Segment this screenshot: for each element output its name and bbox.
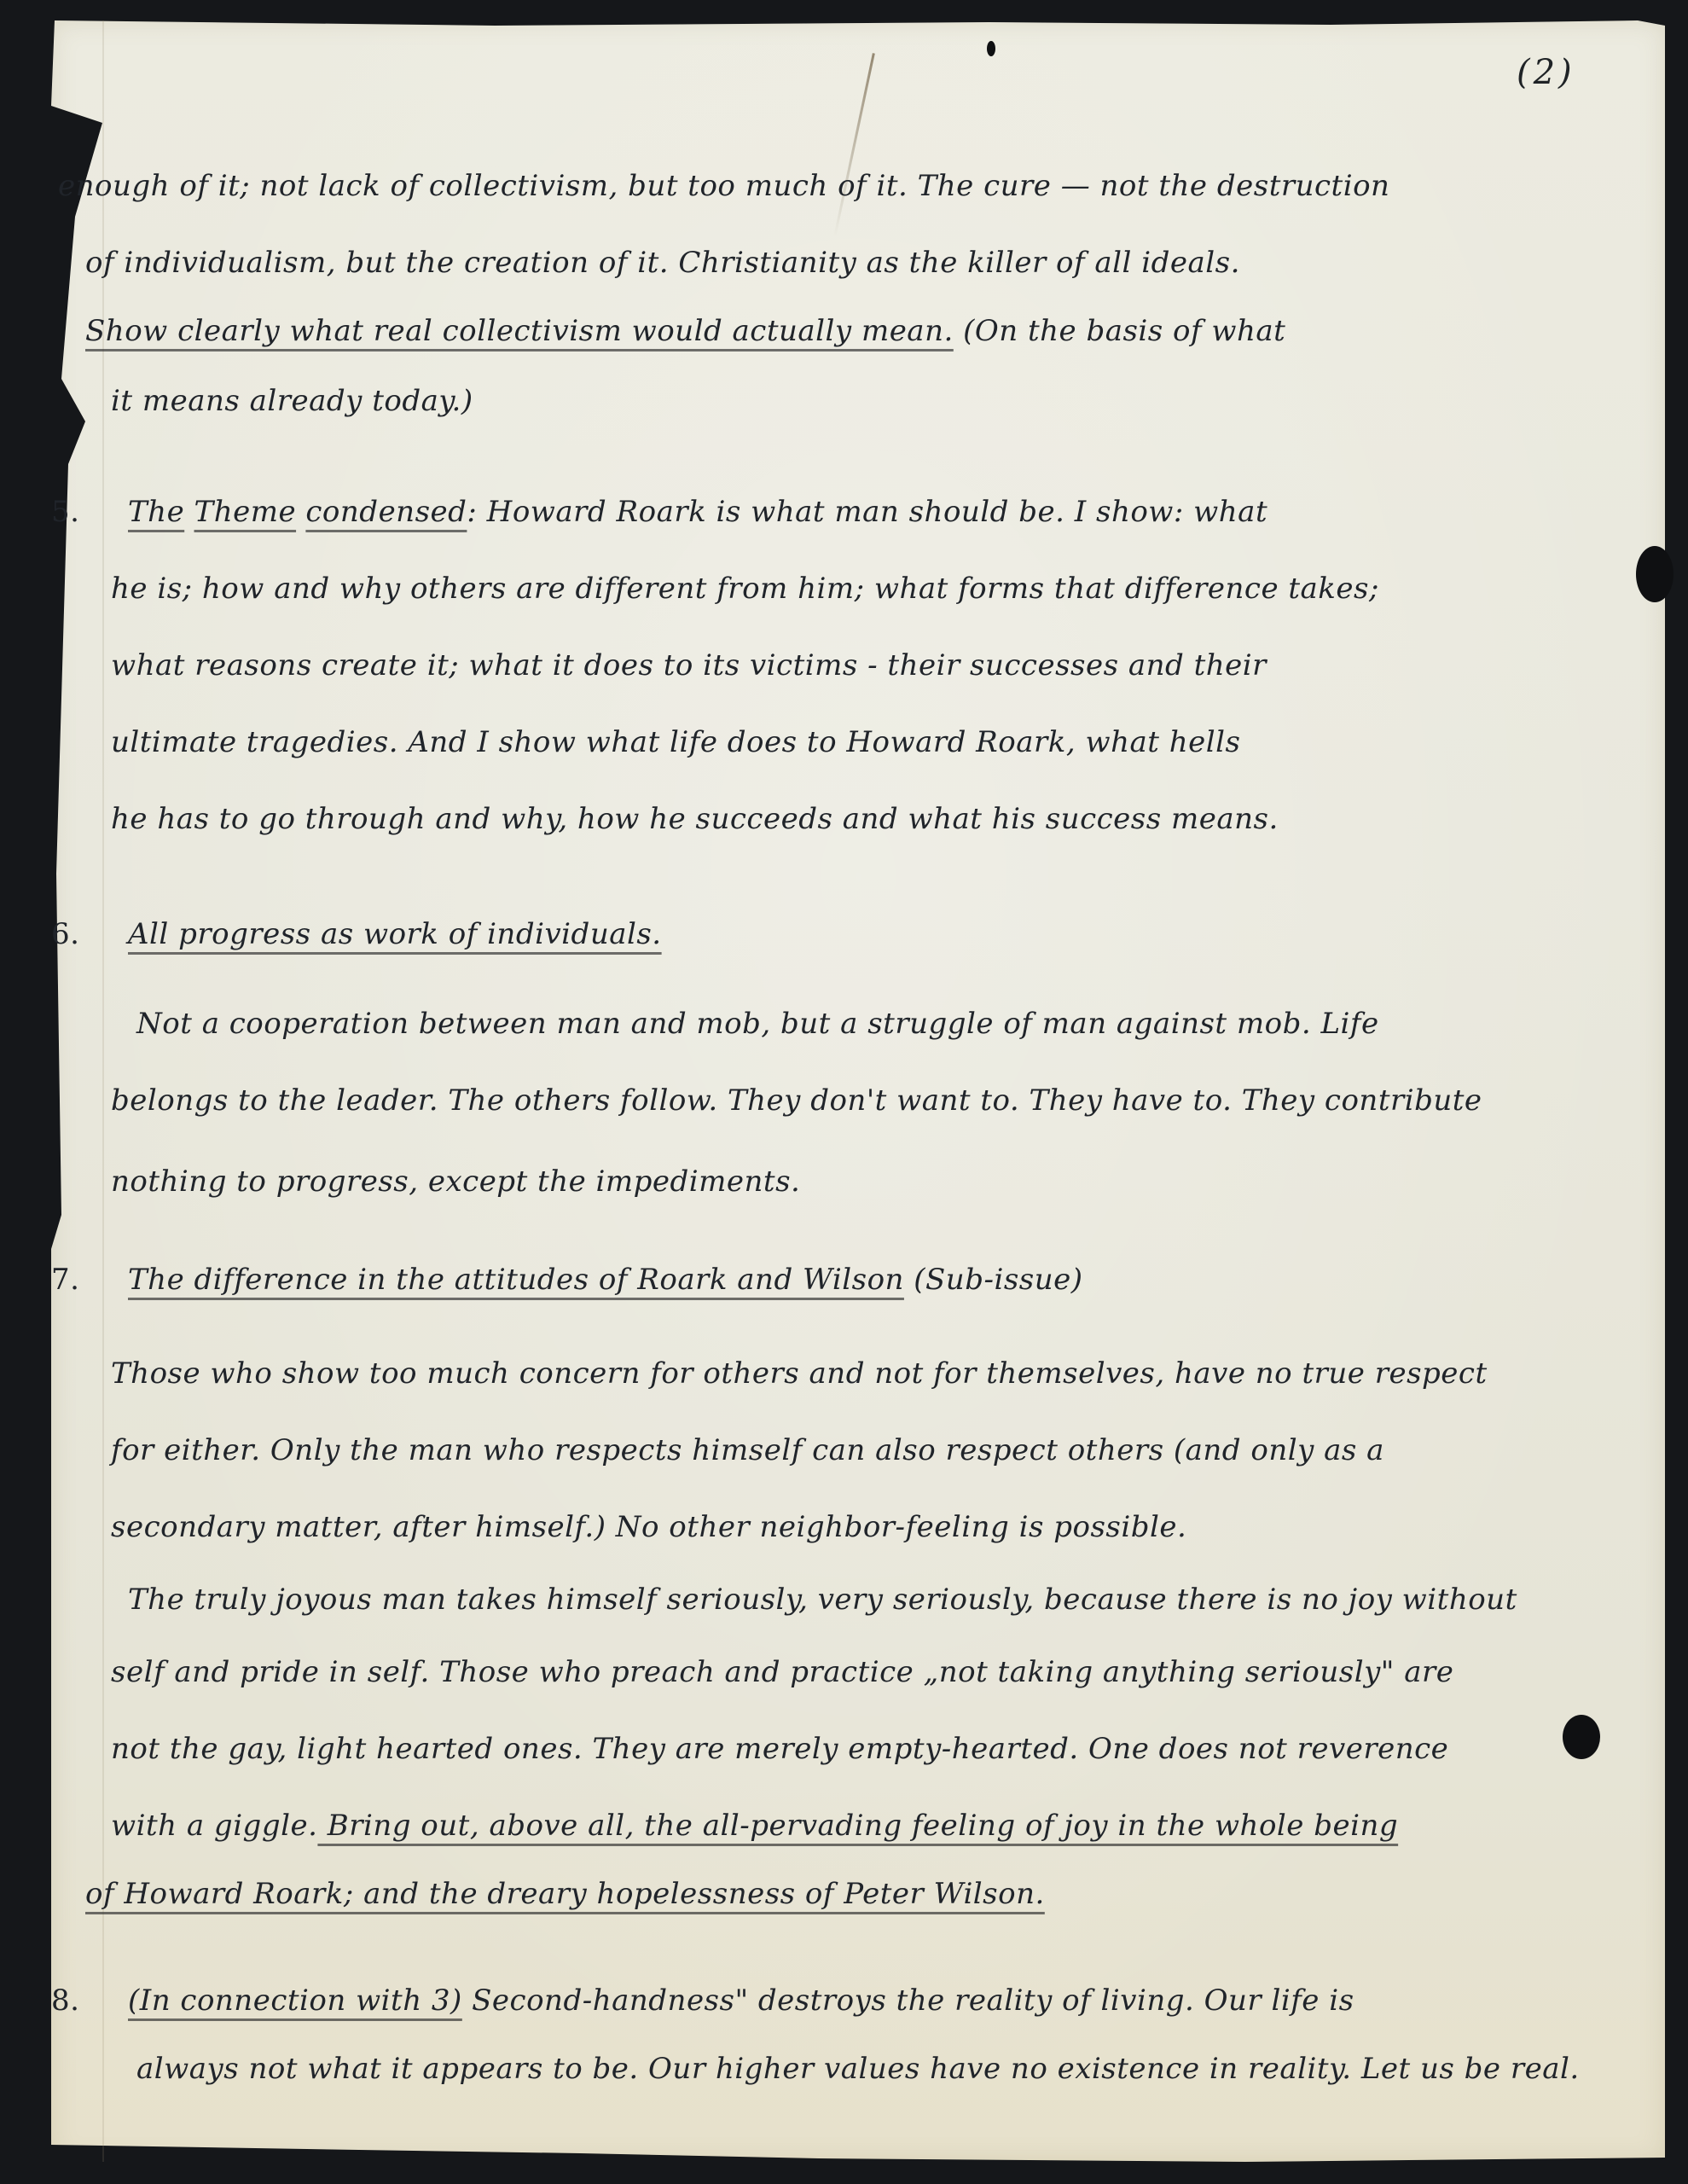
page-number: (2) xyxy=(1517,53,1575,92)
scan-background: (2) enough of it; not lack of collectivi… xyxy=(0,0,1688,2184)
section-7-heading: 7.The difference in the attitudes of Roa… xyxy=(51,1263,1083,1297)
section-7-line: for either. Only the man who respects hi… xyxy=(111,1433,1384,1467)
heading-text: All progress as work of individuals. xyxy=(128,917,662,951)
section-7-line: The truly joyous man takes himself serio… xyxy=(128,1583,1517,1617)
intro-parenthetical: (On the basis of what xyxy=(954,314,1286,348)
heading-text: The difference in the attitudes of Roark… xyxy=(128,1263,904,1297)
section-6-line: nothing to progress, except the impedime… xyxy=(111,1165,800,1199)
section-8-line: always not what it appears to be. Our hi… xyxy=(136,2052,1580,2086)
section-number: 6. xyxy=(51,917,128,951)
section-7-line: self and pride in self. Those who preach… xyxy=(111,1655,1453,1689)
section-5-line: what reasons create it; what it does to … xyxy=(111,648,1267,682)
section-7-line: with a giggle. Bring out, above all, the… xyxy=(111,1809,1398,1843)
section-7-line: secondary matter, after himself.) No oth… xyxy=(111,1510,1186,1544)
underlined-phrase: Bring out, above all, the all-pervading … xyxy=(317,1809,1398,1843)
intro-line: it means already today.) xyxy=(111,384,473,418)
section-7-line: Those who show too much concern for othe… xyxy=(111,1356,1488,1391)
ink-blot-hole xyxy=(987,41,995,56)
section-5-heading: 5.The Theme condensed: Howard Roark is w… xyxy=(51,495,1267,529)
section-5-line: he is; how and why others are different … xyxy=(111,572,1379,606)
heading-text: (In connection with 3) xyxy=(128,1984,462,2018)
section-number: 5. xyxy=(51,495,128,529)
section-text: with a giggle. xyxy=(111,1809,317,1843)
section-6-heading: 6.All progress as work of individuals. xyxy=(51,917,662,951)
intro-line: enough of it; not lack of collectivism, … xyxy=(58,169,1389,203)
section-7-line: not the gay, light hearted ones. They ar… xyxy=(111,1732,1448,1766)
heading-word: Theme xyxy=(194,495,297,529)
section-6-line: Not a cooperation between man and mob, b… xyxy=(136,1007,1379,1041)
intro-line: of individualism, but the creation of it… xyxy=(85,246,1240,280)
section-text: Second-handness" destroys the reality of… xyxy=(462,1984,1354,2018)
heading-note: (Sub-issue) xyxy=(904,1263,1083,1297)
section-8-heading: 8.(In connection with 3) Second-handness… xyxy=(51,1984,1354,2018)
ink-blot-hole xyxy=(1636,546,1673,602)
heading-word: condensed xyxy=(305,495,467,529)
section-6-line: belongs to the leader. The others follow… xyxy=(111,1083,1482,1118)
ink-blot-hole xyxy=(1563,1715,1600,1759)
section-7-line: of Howard Roark; and the dreary hopeless… xyxy=(85,1877,1045,1911)
heading-word: The xyxy=(128,495,184,529)
intro-line: Show clearly what real collectivism woul… xyxy=(85,314,1285,348)
section-5-line: he has to go through and why, how he suc… xyxy=(111,802,1279,836)
section-text: : Howard Roark is what man should be. I … xyxy=(467,495,1267,529)
section-5-line: ultimate tragedies. And I show what life… xyxy=(111,725,1240,759)
section-number: 8. xyxy=(51,1984,128,2018)
underlined-phrase: Show clearly what real collectivism woul… xyxy=(85,314,954,348)
section-number: 7. xyxy=(51,1263,128,1297)
